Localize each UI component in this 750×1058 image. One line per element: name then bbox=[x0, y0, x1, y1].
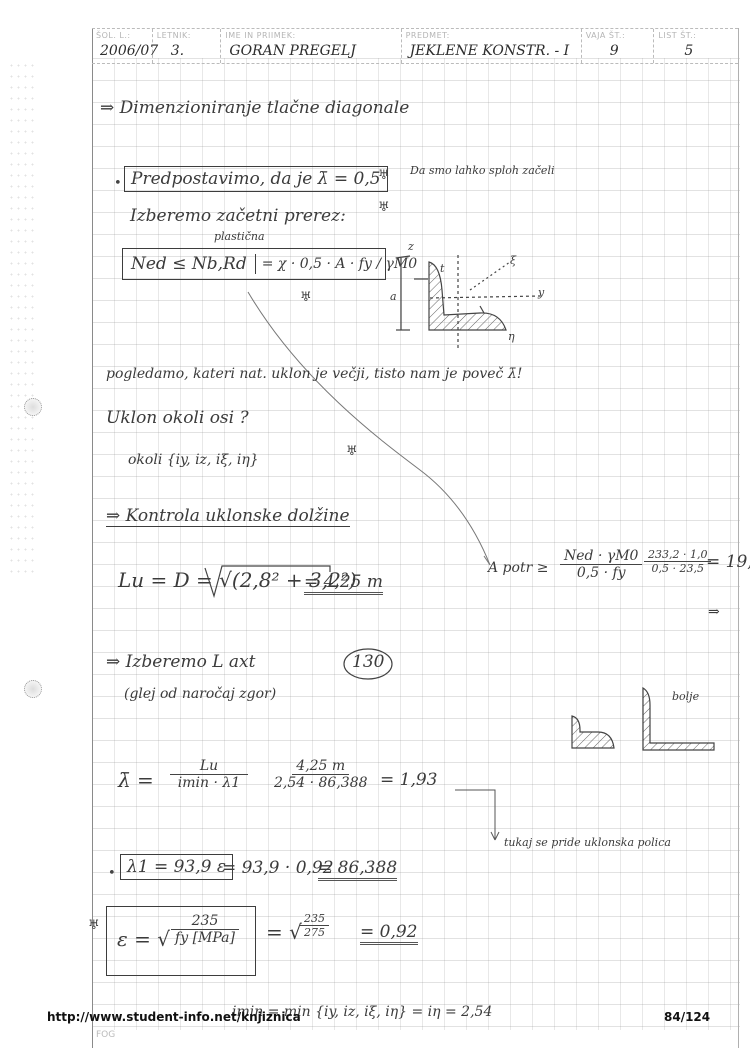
angle-section-diagram bbox=[0, 0, 750, 1058]
diagram-label-t: t bbox=[440, 262, 444, 275]
required-area-fraction: Ned · γM0 0,5 · fy bbox=[560, 548, 642, 581]
diagram-label-xi: ξ bbox=[510, 254, 516, 267]
form-code: FOG bbox=[96, 1030, 115, 1040]
axes-list: okoli {iy, iz, iξ, iη} bbox=[128, 452, 259, 468]
margin-mark-icon: ♅ bbox=[88, 918, 100, 933]
scanned-notebook-page: ŠOL. L.: 2006/07 LETNIK: 3. IME IN PRIIM… bbox=[0, 0, 750, 1058]
buckling-note: pogledamo, kateri nat. uklon je večji, t… bbox=[106, 366, 522, 382]
lambda1-box: λ1 = 93,9 ε bbox=[120, 854, 233, 880]
lambda1-calc: = 93,9 · 0,92 bbox=[222, 858, 334, 878]
required-area-values: 233,2 · 1,0 0,5 · 23,5 bbox=[644, 548, 711, 575]
bullet-dot: • bbox=[108, 866, 116, 881]
slenderness-values: 4,25 m 2,54 · 86,388 bbox=[270, 758, 372, 791]
selected-profile-note: (glej od naročaj zgor) bbox=[124, 686, 276, 702]
buckling-axis-question: Uklon okoli osi ? bbox=[106, 408, 249, 428]
selected-profile-line: ⇒ Izberemo L axt bbox=[106, 652, 255, 672]
selected-profile-size: 130 bbox=[352, 652, 384, 672]
margin-mark-icon: ♅ bbox=[346, 444, 358, 459]
epsilon-box: ε = √ 235 fy [MPa] bbox=[106, 906, 256, 976]
slenderness-result: = 1,93 bbox=[380, 770, 438, 790]
page-counter: 84/124 bbox=[664, 1010, 710, 1024]
buckling-length-result: = 4,25 m bbox=[304, 572, 383, 595]
lambda1-result: = 86,388 bbox=[318, 858, 397, 881]
footer-source-link[interactable]: http://www.student-info.net/knjiznica bbox=[47, 1010, 301, 1024]
diagram-label-z: z bbox=[408, 240, 414, 253]
required-area-lhs: A potr ≥ bbox=[488, 560, 548, 576]
epsilon-values: 235 275 bbox=[300, 912, 329, 939]
slenderness-fraction: Lu imin · λ1 bbox=[170, 758, 248, 791]
diagram-label-eta: η bbox=[508, 330, 515, 343]
section-title: ⇒ Kontrola uklonske dolžine bbox=[106, 506, 350, 527]
sqrt-sign: = √ bbox=[266, 920, 302, 944]
required-area-result: = 19,9 bbox=[706, 552, 750, 572]
epsilon-result: = 0,92 bbox=[360, 922, 418, 945]
buckling-curve-note: tukaj se pride uklonska polica bbox=[504, 836, 671, 849]
slenderness-lhs: λ̄ = bbox=[118, 768, 154, 792]
implies-arrow: ⇒ bbox=[708, 604, 720, 620]
diagram-label-y: y bbox=[538, 286, 544, 299]
profile-comparison-label: bolje bbox=[672, 690, 699, 703]
diagram-label-a: a bbox=[390, 290, 397, 303]
